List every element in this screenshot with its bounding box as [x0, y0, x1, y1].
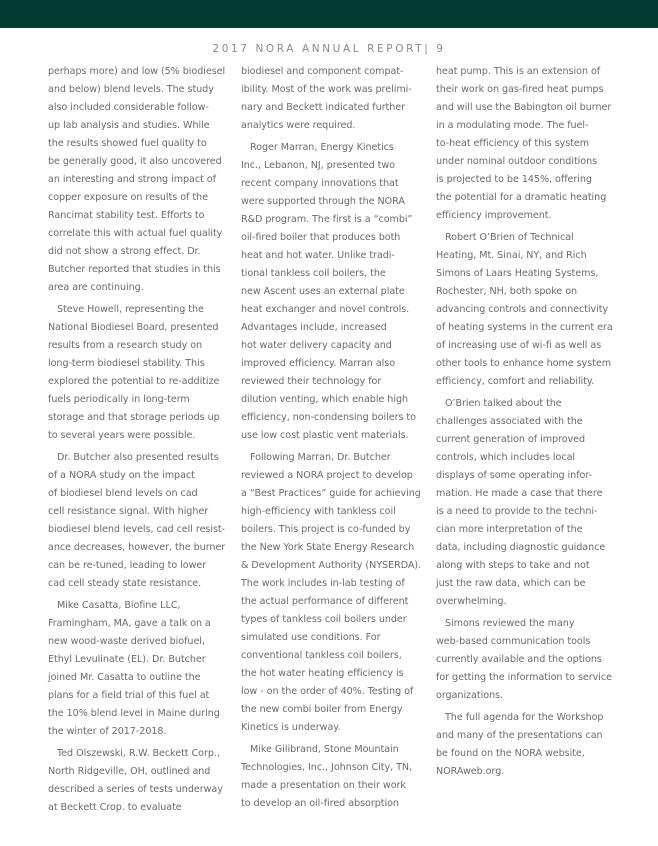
text-line: the New York State Energy Research — [241, 539, 431, 557]
text-line: web-based communication tools — [436, 633, 632, 651]
text-line: their work on gas-fired heat pumps — [436, 81, 632, 99]
text-line: reviewed their technology for — [241, 373, 431, 391]
header-bar — [0, 0, 658, 28]
text-line: nary and Beckett indicated further — [241, 99, 431, 117]
paragraph: Mike Casatta, Biofine LLC,Framingham, MA… — [48, 597, 238, 741]
text-line: at Beckett Crop. to evaluate — [48, 799, 238, 817]
text-line: to several years were possible. — [48, 427, 238, 445]
text-line: Dr. Butcher also presented results — [48, 449, 238, 467]
text-line: be generally good, it also uncovered — [48, 153, 238, 171]
text-line: simulated use conditions. For — [241, 629, 431, 647]
text-line: of biodiesel blend levels on cad — [48, 485, 238, 503]
text-line: Simons reviewed the many — [436, 615, 632, 633]
text-line: hot water delivery capacity and — [241, 337, 431, 355]
text-line: biodiesel and component compat- — [241, 63, 431, 81]
text-line: were supported through the NORA — [241, 193, 431, 211]
text-line: organizations. — [436, 687, 632, 705]
paragraph: Roger Marran, Energy KineticsInc., Leban… — [241, 139, 431, 445]
paragraph: Steve Howell, representing theNational B… — [48, 301, 238, 445]
text-line: just the raw data, which can be — [436, 575, 632, 593]
text-line: O’Brien talked about the — [436, 395, 632, 413]
text-line: in a modulating mode. The fuel- — [436, 117, 632, 135]
text-line: an interesting and strong impact of — [48, 171, 238, 189]
text-line: Roger Marran, Energy Kinetics — [241, 139, 431, 157]
text-line: results from a research study on — [48, 337, 238, 355]
text-line: cian more interpretation of the — [436, 521, 632, 539]
text-line: the hot water heating efficiency is — [241, 665, 431, 683]
text-column-3: heat pump. This is an extension oftheir … — [436, 63, 632, 781]
text-line: the new combi boiler from Energy — [241, 701, 431, 719]
text-line: currently available and the options — [436, 651, 632, 669]
text-line: did not show a strong effect. Dr. — [48, 243, 238, 261]
text-line: other tools to enhance home system — [436, 355, 632, 373]
text-line: improved efficiency. Marran also — [241, 355, 431, 373]
text-line: and many of the presentations can — [436, 727, 632, 745]
paragraph: heat pump. This is an extension oftheir … — [436, 63, 632, 225]
text-line: the winter of 2017-2018. — [48, 723, 238, 741]
text-line: along with steps to take and not — [436, 557, 632, 575]
text-line: of heating systems in the current era — [436, 319, 632, 337]
text-line: biodiesel blend levels, cad cell resist- — [48, 521, 238, 539]
text-line: use low cost plastic vent materials. — [241, 427, 431, 445]
text-line: Rochester, NH, both spoke on — [436, 283, 632, 301]
text-line: a “Best Practices” guide for achieving — [241, 485, 431, 503]
text-line: controls, which includes local — [436, 449, 632, 467]
text-line: National Biodiesel Board, presented — [48, 319, 238, 337]
text-line: area are continuing. — [48, 279, 238, 297]
text-line: North Ridgeville, OH, outlined and — [48, 763, 238, 781]
text-line: storage and that storage periods up — [48, 409, 238, 427]
text-line: cell resistance signal. With higher — [48, 503, 238, 521]
text-line: mation. He made a case that there — [436, 485, 632, 503]
text-line: new Ascent uses an external plate — [241, 283, 431, 301]
text-line: boilers. This project is co-funded by — [241, 521, 431, 539]
text-line: and below) blend levels. The study — [48, 81, 238, 99]
text-line: Simons of Laars Heating Systems, — [436, 265, 632, 283]
text-line: reviewed a NORA project to develop — [241, 467, 431, 485]
text-line: oil-fired boiler that produces both — [241, 229, 431, 247]
text-line: Ethyl Levulinate (EL). Dr. Butcher — [48, 651, 238, 669]
text-line: ibility. Most of the work was prelimi- — [241, 81, 431, 99]
text-line: and will use the Babington oil burner — [436, 99, 632, 117]
text-line: Mike Casatta, Biofine LLC, — [48, 597, 238, 615]
paragraph: Simons reviewed the manyweb-based commun… — [436, 615, 632, 705]
text-line: correlate this with actual fuel quality — [48, 225, 238, 243]
running-head: 2017 NORA ANNUAL REPORT| 9 — [0, 43, 658, 55]
text-line: dilution venting, which enable high — [241, 391, 431, 409]
text-line: efficiency, comfort and reliability. — [436, 373, 632, 391]
text-line: Mike Gilibrand, Stone Mountain — [241, 741, 431, 759]
text-line: copper exposure on results of the — [48, 189, 238, 207]
text-line: is a need to provide to the techni- — [436, 503, 632, 521]
text-line: the potential for a dramatic heating — [436, 189, 632, 207]
text-line: the actual performance of different — [241, 593, 431, 611]
paragraph: Following Marran, Dr. Butcherreviewed a … — [241, 449, 431, 737]
paragraph: biodiesel and component compat-ibility. … — [241, 63, 431, 135]
text-line: NORAweb.org. — [436, 763, 632, 781]
text-line: made a presentation on their work — [241, 777, 431, 795]
text-line: new wood-waste derived biofuel, — [48, 633, 238, 651]
text-line: efficiency, non-condensing boilers to — [241, 409, 431, 427]
text-line: can be re-tuned, leading to lower — [48, 557, 238, 575]
text-line: long-term biodiesel stability. This — [48, 355, 238, 373]
text-line: Steve Howell, representing the — [48, 301, 238, 319]
text-line: of increasing use of wi-fi as well as — [436, 337, 632, 355]
text-line: Heating, Mt. Sinai, NY, and Rich — [436, 247, 632, 265]
paragraph: O’Brien talked about thechallenges assoc… — [436, 395, 632, 611]
text-line: fuels periodically in long-term — [48, 391, 238, 409]
text-line: heat exchanger and novel controls. — [241, 301, 431, 319]
text-line: is projected to be 145%, offering — [436, 171, 632, 189]
text-line: plans for a field trial of this fuel at — [48, 687, 238, 705]
text-line: current generation of improved — [436, 431, 632, 449]
text-line: to develop an oil-fired absorption — [241, 795, 431, 813]
text-line: for getting the information to service — [436, 669, 632, 687]
text-line: described a series of tests underway — [48, 781, 238, 799]
text-line: Rancimat stability test. Efforts to — [48, 207, 238, 225]
text-line: Butcher reported that studies in this — [48, 261, 238, 279]
text-line: R&D program. The first is a “combi” — [241, 211, 431, 229]
text-line: tional tankless coil boilers, the — [241, 265, 431, 283]
text-line: under nominal outdoor conditions — [436, 153, 632, 171]
text-line: the results showed fuel quality to — [48, 135, 238, 153]
text-line: overwhelming. — [436, 593, 632, 611]
text-line: Framingham, MA, gave a talk on a — [48, 615, 238, 633]
text-line: the 10% blend level in Maine during — [48, 705, 238, 723]
paragraph: Ted Olszewski, R.W. Beckett Corp.,North … — [48, 745, 238, 817]
text-line: Inc., Lebanon, NJ, presented two — [241, 157, 431, 175]
text-line: be found on the NORA website, — [436, 745, 632, 763]
text-line: joined Mr. Casatta to outline the — [48, 669, 238, 687]
text-line: Technologies, Inc., Johnson City, TN, — [241, 759, 431, 777]
text-line: cad cell steady state resistance. — [48, 575, 238, 593]
text-line: types of tankless coil boilers under — [241, 611, 431, 629]
text-line: ance decreases, however, the burner — [48, 539, 238, 557]
text-line: heat and hot water. Unlike tradi- — [241, 247, 431, 265]
text-line: The work includes in-lab testing of — [241, 575, 431, 593]
text-line: heat pump. This is an extension of — [436, 63, 632, 81]
text-line: perhaps more) and low (5% biodiesel — [48, 63, 238, 81]
paragraph: Dr. Butcher also presented resultsof a N… — [48, 449, 238, 593]
text-line: analytics were required. — [241, 117, 431, 135]
text-column-2: biodiesel and component compat-ibility. … — [241, 63, 431, 813]
text-line: Kinetics is underway. — [241, 719, 431, 737]
paragraph: The full agenda for the Workshopand many… — [436, 709, 632, 781]
text-line: to-heat efficiency of this system — [436, 135, 632, 153]
text-line: conventional tankless coil boilers, — [241, 647, 431, 665]
text-line: advancing controls and connectivity — [436, 301, 632, 319]
paragraph: Mike Gilibrand, Stone MountainTechnologi… — [241, 741, 431, 813]
text-line: Robert O’Brien of Technical — [436, 229, 632, 247]
paragraph: Robert O’Brien of TechnicalHeating, Mt. … — [436, 229, 632, 391]
text-line: & Development Authority (NYSERDA). — [241, 557, 431, 575]
text-line: efficiency improvement. — [436, 207, 632, 225]
text-line: explored the potential to re-additize — [48, 373, 238, 391]
text-line: Following Marran, Dr. Butcher — [241, 449, 431, 467]
text-line: low - on the order of 40%. Testing of — [241, 683, 431, 701]
text-line: displays of some operating infor- — [436, 467, 632, 485]
text-line: challenges associated with the — [436, 413, 632, 431]
text-line: up lab analysis and studies. While — [48, 117, 238, 135]
text-line: high-efficiency with tankless coil — [241, 503, 431, 521]
text-line: also included considerable follow- — [48, 99, 238, 117]
text-line: Advantages include, increased — [241, 319, 431, 337]
text-line: Ted Olszewski, R.W. Beckett Corp., — [48, 745, 238, 763]
text-line: recent company innovations that — [241, 175, 431, 193]
text-line: of a NORA study on the impact — [48, 467, 238, 485]
paragraph: perhaps more) and low (5% biodieseland b… — [48, 63, 238, 297]
text-line: The full agenda for the Workshop — [436, 709, 632, 727]
text-line: data, including diagnostic guidance — [436, 539, 632, 557]
text-column-1: perhaps more) and low (5% biodieseland b… — [48, 63, 238, 817]
